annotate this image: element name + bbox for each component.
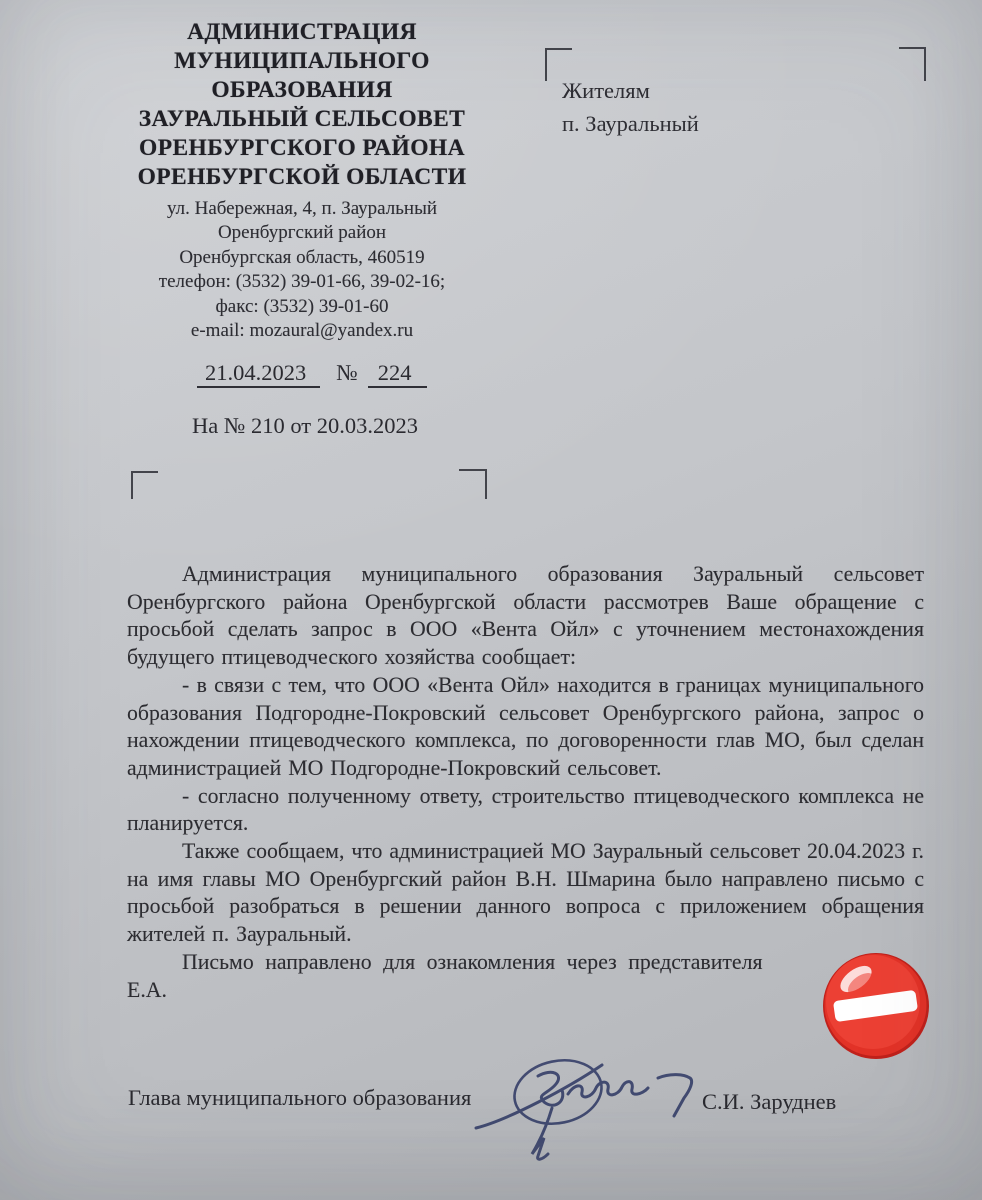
org-contact-block: ул. Набережная, 4, п. Зауральный Оренбур… (118, 197, 486, 343)
letterhead: АДМИНИСТРАЦИЯ МУНИЦИПАЛЬНОГО ОБРАЗОВАНИЯ… (118, 18, 486, 343)
crop-mark-icon (459, 469, 487, 499)
phone-line: телефон: (3532) 39-01-66, 39-02-16; (118, 270, 486, 294)
address-line: Оренбургская область, 460519 (118, 246, 486, 270)
recipient-block: Жителям п. Зауральный (562, 74, 699, 140)
org-name-line: МУНИЦИПАЛЬНОГО (118, 47, 486, 76)
reference-line: 21.04.2023№224 (197, 360, 427, 386)
email-line: e-mail: mozaural@yandex.ru (118, 319, 486, 343)
signer-title: Глава муниципального образования (128, 1085, 471, 1111)
address-line: Оренбургский район (118, 221, 486, 245)
body-paragraph: Письмо направлено для ознакомления через… (127, 949, 924, 1004)
body-paragraph: Администрация муниципального образования… (127, 561, 924, 672)
body-paragraph: - в связи с тем, что ООО «Вента Ойл» нах… (127, 672, 924, 783)
no-entry-icon (821, 951, 931, 1061)
org-name-line: ОБРАЗОВАНИЯ (118, 76, 486, 105)
crop-mark-icon (131, 471, 158, 499)
crop-mark-icon (899, 47, 926, 81)
body-paragraph: Также сообщаем, что администрацией МО За… (127, 838, 924, 949)
body-paragraph: - согласно полученному ответу, строитель… (127, 783, 924, 838)
letter-body: Администрация муниципального образования… (127, 561, 924, 1004)
org-name-line: ЗАУРАЛЬНЫЙ СЕЛЬСОВЕТ (118, 105, 486, 134)
org-name-line: ОРЕНБУРГСКОЙ ОБЛАСТИ (118, 163, 486, 192)
letter-date: 21.04.2023 (197, 360, 320, 388)
signer-name: С.И. Заруднев (702, 1089, 836, 1115)
org-name-line: АДМИНИСТРАЦИЯ (118, 18, 486, 47)
org-name-line: ОРЕНБУРГСКОГО РАЙОНА (118, 134, 486, 163)
fax-line: факс: (3532) 39-01-60 (118, 295, 486, 319)
handwritten-signature (468, 1050, 708, 1170)
reply-reference-line: На № 210 от 20.03.2023 (192, 413, 418, 439)
address-line: ул. Набережная, 4, п. Зауральный (118, 197, 486, 221)
letter-number: 224 (368, 360, 428, 388)
number-sign: № (336, 360, 357, 385)
recipient-line: п. Зауральный (562, 107, 699, 140)
recipient-line: Жителям (562, 74, 699, 107)
scanned-letter-page: АДМИНИСТРАЦИЯ МУНИЦИПАЛЬНОГО ОБРАЗОВАНИЯ… (0, 0, 982, 1200)
